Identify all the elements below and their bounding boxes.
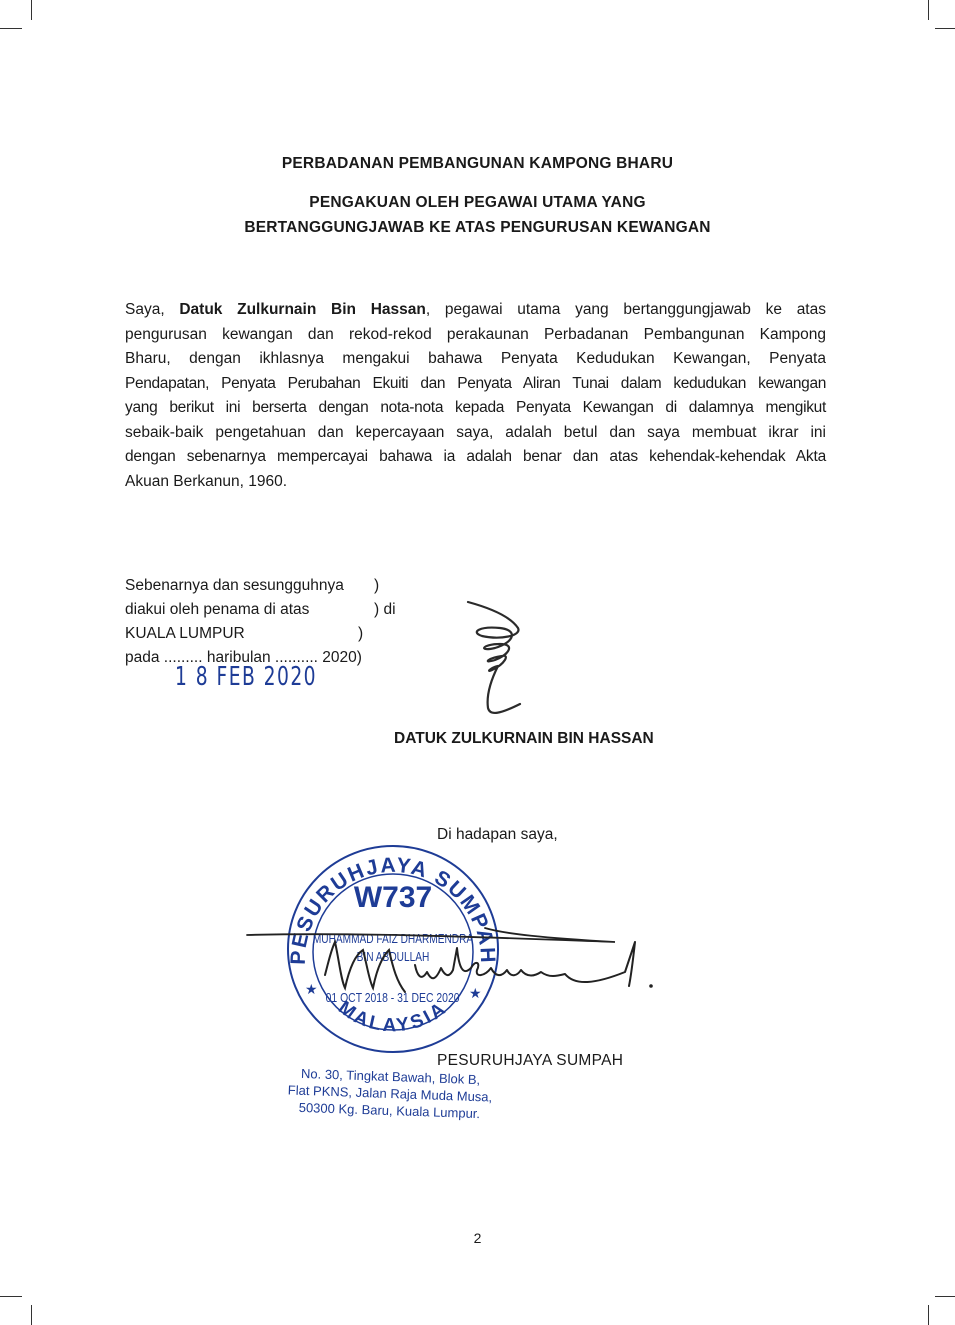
paragraph-line: Saya, Datuk Zulkurnain Bin Hassan, pegaw… — [125, 298, 826, 323]
declaration-paragraph: Saya, Datuk Zulkurnain Bin Hassan, pegaw… — [125, 298, 826, 494]
title-line-1: PENGAKUAN OLEH PEGAWAI UTAMA YANG — [0, 194, 955, 212]
page-number: 2 — [0, 1230, 955, 1246]
paragraph-line: yang berikut ini berserta dengan nota-no… — [125, 396, 826, 421]
crop-mark-top-right-h — [935, 28, 955, 29]
commissioner-signature — [245, 920, 665, 1010]
svg-text:W737: W737 — [354, 881, 432, 914]
paragraph-line: Bharu, dengan ikhlasnya mengakui bahawa … — [125, 347, 826, 372]
declaration-row: diakui oleh penama di atas) di — [125, 598, 362, 622]
crop-mark-top-left-v — [31, 0, 32, 20]
declaration-row: Sebenarnya dan sesungguhnya) — [125, 574, 362, 598]
date-stamp: 1 8 FEB 2020 — [175, 662, 317, 692]
paragraph-line: dengan sebenarnya mempercayai bahawa ia … — [125, 445, 826, 470]
paragraph-line: Pendapatan, Penyata Perubahan Ekuiti dan… — [125, 372, 826, 397]
crop-mark-bottom-left-h — [0, 1296, 22, 1297]
crop-mark-top-right-v — [928, 0, 929, 20]
crop-mark-bottom-right-v — [928, 1305, 929, 1325]
organization-heading: PERBADANAN PEMBANGUNAN KAMPONG BHARU — [0, 155, 955, 173]
crop-mark-bottom-left-v — [31, 1305, 32, 1325]
commissioner-address-stamp: No. 30, Tingkat Bawah, Blok B, Flat PKNS… — [279, 1064, 501, 1123]
crop-mark-bottom-right-h — [935, 1296, 955, 1297]
declaration-row: KUALA LUMPUR) — [125, 622, 362, 646]
crop-mark-top-left-h — [0, 28, 22, 29]
signatory-signature — [460, 598, 550, 723]
paragraph-line: pengurusan kewangan dan rekod-rekod pera… — [125, 323, 826, 348]
declaration-block: Sebenarnya dan sesungguhnya) diakui oleh… — [125, 574, 362, 670]
officer-name: Datuk Zulkurnain Bin Hassan — [179, 301, 426, 318]
paragraph-line: sebaik-baik pengetahuan dan kepercayaan … — [125, 421, 826, 446]
commissioner-title: PESURUHJAYA SUMPAH — [437, 1052, 623, 1070]
signatory-name: DATUK ZULKURNAIN BIN HASSAN — [394, 730, 654, 748]
paragraph-line: Akuan Berkanun, 1960. — [125, 470, 826, 495]
title-line-2: BERTANGGUNGJAWAB KE ATAS PENGURUSAN KEWA… — [0, 219, 955, 237]
